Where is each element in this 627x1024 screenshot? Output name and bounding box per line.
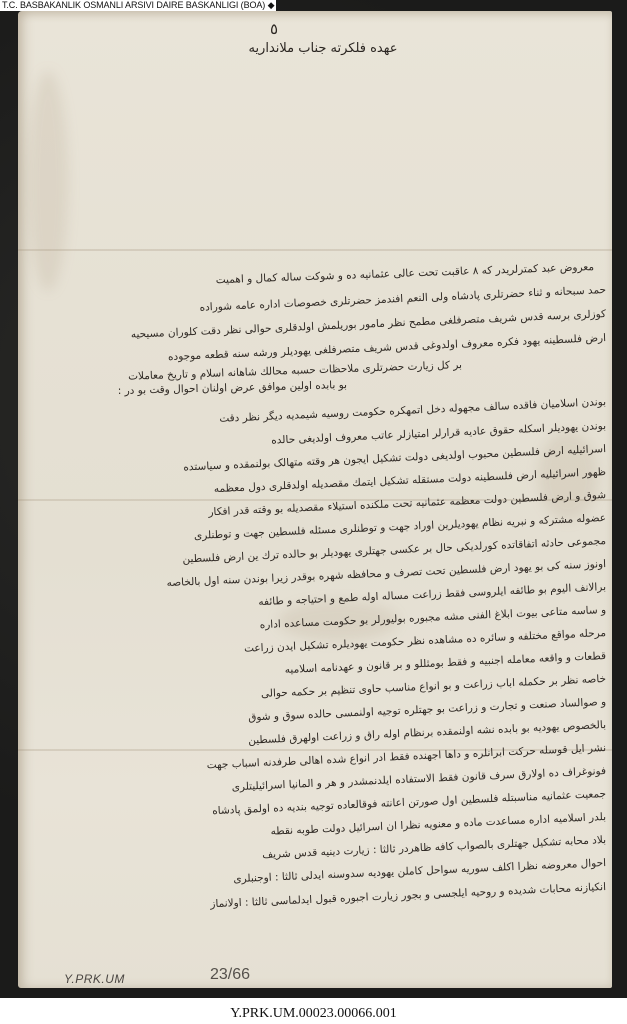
handwritten-body: معروض عبد كمترلریدر كه ۸ عاقبت تحت عالی … bbox=[18, 11, 612, 988]
folio-number: 23/66 bbox=[210, 966, 250, 984]
catalog-number: Y.PRK.UM.00023.00066.001 bbox=[0, 1006, 627, 1022]
document-page: ٥ عهده فلكرته جناب ملانداریه معروض عبد ك… bbox=[18, 11, 612, 988]
handwritten-reference: Y.PRK.UM bbox=[64, 972, 125, 986]
script-line: معروض عبد كمترلریدر كه ۸ عاقبت تحت عالی … bbox=[94, 261, 594, 290]
archive-watermark: T.C. BASBAKANLIK OSMANLI ARSIVI DAIRE BA… bbox=[0, 0, 276, 11]
